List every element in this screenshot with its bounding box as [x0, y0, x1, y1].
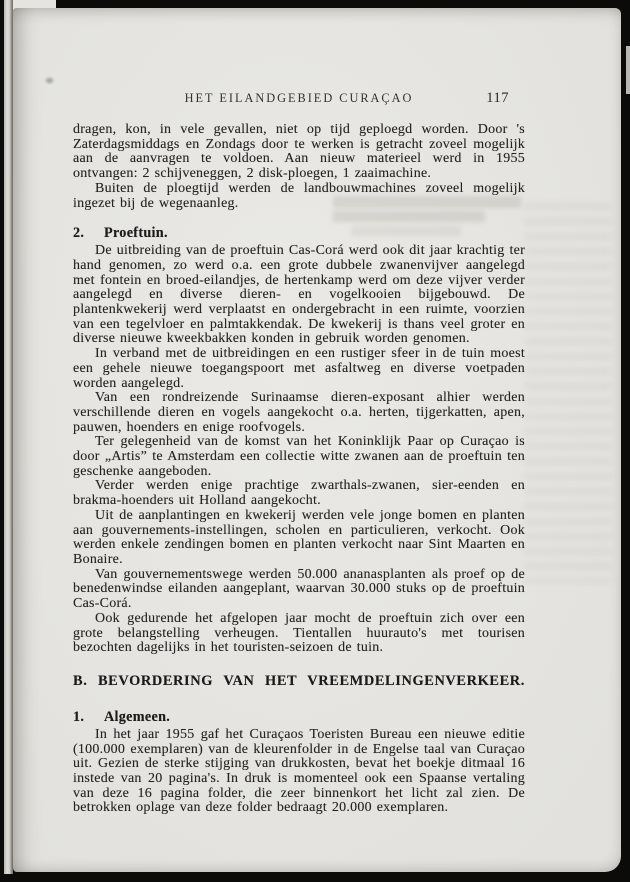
bleed-through-text-line [351, 226, 461, 236]
book-page-stack-edge [4, 0, 13, 874]
section-number: 1. [73, 710, 104, 725]
paragraph: Ook gedurende het afgelopen jaar mocht d… [73, 612, 525, 656]
scan-blemish-spot [44, 76, 55, 85]
bleed-through-wash [525, 203, 611, 583]
bleed-through-text-line [333, 196, 521, 208]
paragraph: Ter gelegenheid van de komst van het Kon… [73, 435, 525, 479]
book-page: HET EILANDGEBIED CURAÇAO 117 dragen, kon… [13, 8, 621, 872]
section-number: 2. [73, 226, 104, 241]
page-header: HET EILANDGEBIED CURAÇAO 117 [73, 90, 525, 107]
page-number: 117 [486, 90, 509, 107]
paragraph: De uitbreiding van de proeftuin Cas-Corá… [73, 244, 525, 347]
paragraph-continuation: dragen, kon, in vele gevallen, niet op t… [73, 123, 525, 182]
chapter-title: BEVORDERING VAN HET VREEMDELINGENVERKEER… [98, 673, 525, 689]
page-edge-right-notch [626, 46, 630, 94]
paragraph: Van gouvernementswege werden 50.000 anan… [73, 568, 525, 612]
running-title: HET EILANDGEBIED CURAÇAO [185, 91, 414, 106]
section-heading-algemeen: 1.Algemeen. [73, 710, 525, 725]
section-title: Proeftuin. [104, 225, 168, 241]
paragraph: Uit de aanplantingen en kwekerij werden … [73, 509, 525, 568]
section-title: Algemeen. [104, 709, 170, 725]
chapter-number: B. [73, 673, 87, 689]
bleed-through-text-line [333, 211, 485, 222]
paragraph: In het jaar 1955 gaf het Curaçaos Toeris… [73, 728, 525, 816]
paragraph: Van een rondreizende Surinaamse dieren-e… [73, 391, 525, 435]
scanned-book-spread: HET EILANDGEBIED CURAÇAO 117 dragen, kon… [0, 0, 630, 882]
paragraph: Verder werden enige prachtige zwarthals-… [73, 479, 525, 508]
paragraph: In verband met de uitbreidingen en een r… [73, 347, 525, 391]
chapter-heading-vreemdelingenverkeer: B. BEVORDERING VAN HET VREEMDELINGENVERK… [73, 673, 525, 689]
